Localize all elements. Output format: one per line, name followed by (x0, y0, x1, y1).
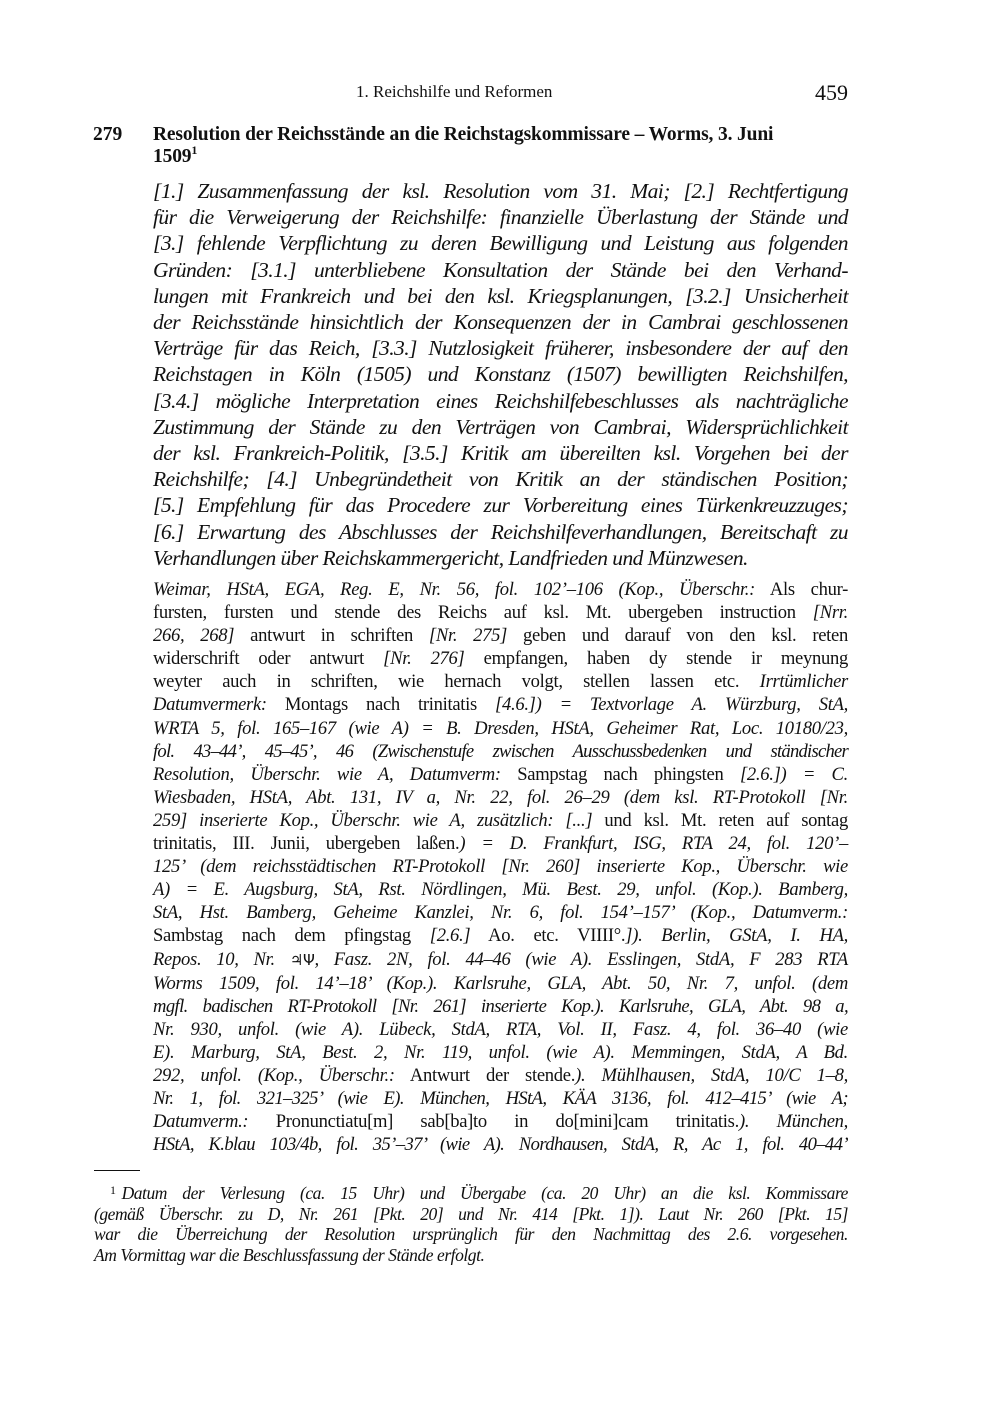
source-italic: E). Marburg, StA, Best. 2, Nr. 119, unfo… (153, 1042, 848, 1063)
footnote-line: war die Überreichung der Resolution ursp… (94, 1224, 848, 1245)
summary-line: [1.] Zusammenfassung der ksl. Resolution… (153, 178, 848, 204)
source-italic: Weimar, HStA, EGA, Reg. E, Nr. 56, fol. … (153, 579, 755, 600)
source-italic: A) = E. Augsburg, StA, Rst. Nördlingen, … (153, 879, 848, 900)
archive-symbol-icon: ♃Ψ (290, 951, 315, 969)
source-italic: Irrtümlicher (760, 671, 848, 692)
source-italic: Wiesbaden, HStA, Abt. 131, IV a, Nr. 22,… (153, 787, 848, 808)
summary-line: lungen mit Frankreich und bei den ksl. K… (153, 283, 848, 309)
source-quote: Antwurt der stende. (395, 1065, 575, 1086)
source-italic: ). München, (739, 1111, 848, 1132)
summary-line: [3.4.] mögliche Interpretation eines Rei… (153, 388, 848, 414)
source-line: Sambstag nach dem pfingstag [2.6.] Ao. e… (153, 924, 848, 947)
document-number: 279 (93, 124, 122, 146)
source-quote: empfangen, haben dy stende ir meynung (465, 648, 849, 669)
page-number: 459 (806, 80, 848, 106)
source-italic: 292, unfol. (Kop., Überschr.: (153, 1065, 395, 1086)
source-italic: [Nr. 276] (383, 648, 464, 669)
source-italic: Repos. 10, Nr. (153, 949, 290, 970)
source-italic: Nr. 1, fol. 321–325’ (wie E). München, H… (153, 1088, 848, 1109)
source-italic: Datumverm.: (153, 1111, 248, 1132)
source-italic: , Fasz. 2N, fol. 44–46 (wie A). Esslinge… (315, 949, 849, 970)
source-italic: ) = D. Frankfurt, ISG, RTA 24, fol. 120’… (459, 833, 848, 854)
source-italic: StA, Hst. Bamberg, Geheime Kanzlei, Nr. … (153, 902, 848, 923)
source-line: A) = E. Augsburg, StA, Rst. Nördlingen, … (153, 878, 848, 901)
footnote: 1Datum der Verlesung (ca. 15 Uhr) und Üb… (94, 1180, 848, 1265)
source-italic: 125’ (dem reichsstädtischen RT-Protokoll… (153, 856, 848, 877)
source-italic: Worms 1509, fol. 14’–18’ (Kop.). Karlsru… (153, 973, 848, 994)
source-line: 266, 268] antwurt in schriften [Nr. 275]… (153, 624, 848, 647)
source-italic: Datumvermerk: (153, 694, 267, 715)
document-title-line2: 1509 (153, 146, 191, 167)
source-italic: WRTA 5, fol. 165–167 (wie A) = B. Dresde… (153, 718, 848, 739)
source-line: Repos. 10, Nr. ♃Ψ, Fasz. 2N, fol. 44–46 … (153, 948, 848, 972)
footnote-separator (94, 1170, 140, 1171)
summary-line: für die Verweigerung der Reichshilfe: fi… (153, 204, 848, 230)
footnote-line: Am Vormittag war die Beschlussfassung de… (94, 1245, 848, 1266)
summary-line: Verträge für das Reich, [3.3.] Nutzlosig… (153, 335, 848, 361)
source-line: Datumvermerk: Montags nach trinitatis [4… (153, 693, 848, 716)
summary-line: der Reichsstände hinsichtlich der Konseq… (153, 309, 848, 335)
source-line: Nr. 1, fol. 321–325’ (wie E). München, H… (153, 1087, 848, 1110)
footnote-line: (gemäß Überschr. zu D, Nr. 261 [Pkt. 20]… (94, 1204, 848, 1225)
source-quote: Ao. etc. VIIII°. (470, 925, 625, 946)
source-italic: [2.6.]) = C. (740, 764, 848, 785)
source-italic: [Nrr. (813, 602, 848, 623)
source-line: Resolution, Überschr. wie A, Datumverm: … (153, 763, 848, 786)
source-italic: HStA, K.blau 103/4b, fol. 35’–37’ (wie A… (153, 1134, 848, 1155)
source-quote: antwurt in schriften (234, 625, 429, 646)
source-italic: ). Mühlhausen, StdA, 10/C 1–8, (575, 1065, 848, 1086)
running-head: 1. Reichshilfe und Reformen 459 (0, 80, 1004, 106)
footnote-reference[interactable]: 1 (191, 143, 197, 157)
source-line: trinitatis, III. Junii, ubergeben laßen.… (153, 832, 848, 855)
source-quote: Sambstag nach dem pfingstag (153, 925, 430, 946)
summary-line: Reichstagen in Köln (1505) und Konstanz … (153, 361, 848, 387)
source-italic: 259] inserierte Kop., Überschr. wie A, z… (153, 810, 592, 831)
source-italic: 266, 268] (153, 625, 234, 646)
source-quote: Sampstag nach phingsten (501, 764, 740, 785)
source-line: WRTA 5, fol. 165–167 (wie A) = B. Dresde… (153, 717, 848, 740)
source-line: widerschrift oder antwurt [Nr. 276] empf… (153, 647, 848, 670)
source-line: E). Marburg, StA, Best. 2, Nr. 119, unfo… (153, 1041, 848, 1064)
source-line: 292, unfol. (Kop., Überschr.: Antwurt de… (153, 1064, 848, 1087)
document-title-line1: Resolution der Reichsstände an die Reich… (153, 124, 773, 145)
source-line: fursten, fursten und stende des Reichs a… (153, 601, 848, 624)
source-italic: [2.6.] (430, 925, 471, 946)
source-quote: trinitatis, III. Junii, ubergeben laßen. (153, 833, 459, 854)
footnote-text: Datum der Verlesung (ca. 15 Uhr) und Übe… (122, 1183, 848, 1203)
source-line: Wiesbaden, HStA, Abt. 131, IV a, Nr. 22,… (153, 786, 848, 809)
source-line: Weimar, HStA, EGA, Reg. E, Nr. 56, fol. … (153, 578, 848, 601)
source-italic: Nr. 930, unfol. (wie A). Lübeck, StdA, R… (153, 1019, 848, 1040)
source-italic: Resolution, Überschr. wie A, Datumverm: (153, 764, 501, 785)
source-quote: widerschrift oder antwurt (153, 648, 383, 669)
source-italic: [4.6.]) = Textvorlage A. Würzburg, StA, (495, 694, 848, 715)
footnote-line: 1Datum der Verlesung (ca. 15 Uhr) und Üb… (94, 1180, 848, 1204)
source-line: Datumverm.: Pronunctiatu[m] sab[ba]to in… (153, 1110, 848, 1133)
source-line: mgfl. badischen RT-Protokoll [Nr. 261] i… (153, 995, 848, 1018)
source-quote: fursten, fursten und stende des Reichs a… (153, 602, 813, 623)
running-title: 1. Reichshilfe und Reformen (356, 82, 552, 102)
summary-line: Verhandlungen über Reichskammergericht, … (153, 545, 848, 571)
summary-regest: [1.] Zusammenfassung der ksl. Resolution… (153, 178, 848, 571)
source-quote: weyter auch in schriften, wie hernach vo… (153, 671, 760, 692)
summary-line: [3.] fehlende Verpflichtung zu deren Bew… (153, 230, 848, 256)
document-title: Resolution der Reichsstände an die Reich… (153, 124, 847, 168)
source-italic: [Nr. 275] (429, 625, 507, 646)
source-apparatus: Weimar, HStA, EGA, Reg. E, Nr. 56, fol. … (153, 578, 848, 1156)
summary-line: Zustimmung der Stände zu den Verträgen v… (153, 414, 848, 440)
source-line: fol. 43–44’, 45–45’, 46 (Zwischenstufe z… (153, 740, 848, 763)
footnote-mark: 1 (110, 1183, 116, 1197)
source-line: weyter auch in schriften, wie hernach vo… (153, 670, 848, 693)
source-quote: Montags nach trinitatis (267, 694, 495, 715)
source-italic: fol. 43–44’, 45–45’, 46 (Zwischenstufe z… (153, 741, 848, 762)
source-quote: Pronunctiatu[m] sab[ba]to in do[mini]cam… (248, 1111, 739, 1132)
source-italic: mgfl. badischen RT-Protokoll [Nr. 261] i… (153, 996, 848, 1017)
source-line: HStA, K.blau 103/4b, fol. 35’–37’ (wie A… (153, 1133, 848, 1156)
summary-line: Reichshilfe; [4.] Unbegründetheit von Kr… (153, 466, 848, 492)
summary-line: Gründen: [3.1.] unterbliebene Konsultati… (153, 257, 848, 283)
source-line: Worms 1509, fol. 14’–18’ (Kop.). Karlsru… (153, 972, 848, 995)
source-line: 125’ (dem reichsstädtischen RT-Protokoll… (153, 855, 848, 878)
source-quote: und ksl. Mt. reten auf sontag (592, 810, 848, 831)
summary-line: [5.] Empfehlung für das Procedere zur Vo… (153, 492, 848, 518)
summary-line: der ksl. Frankreich-Politik, [3.5.] Krit… (153, 440, 848, 466)
source-line: StA, Hst. Bamberg, Geheime Kanzlei, Nr. … (153, 901, 848, 924)
summary-line: [6.] Erwartung des Abschlusses der Reich… (153, 519, 848, 545)
source-line: Nr. 930, unfol. (wie A). Lübeck, StdA, R… (153, 1018, 848, 1041)
source-quote: geben und darauf von den ksl. reten (507, 625, 848, 646)
source-quote: Als chur- (755, 579, 848, 600)
source-italic: ]). Berlin, GStA, I. HA, (625, 925, 848, 946)
source-line: 259] inserierte Kop., Überschr. wie A, z… (153, 809, 848, 832)
